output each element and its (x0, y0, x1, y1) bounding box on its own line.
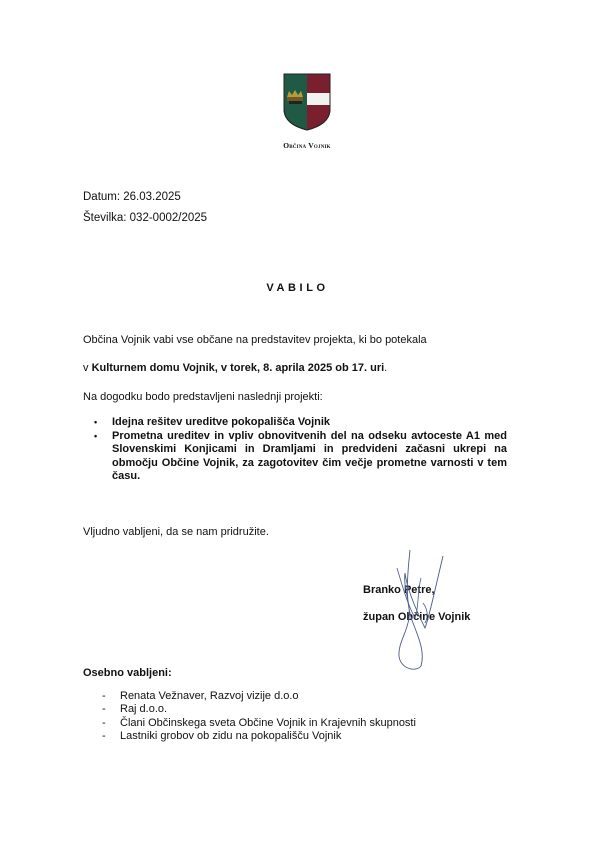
list-item: •Prometna ureditev in vpliv obnovitvenih… (92, 430, 507, 484)
dash-icon: - (102, 730, 106, 743)
organization-name: Občina Vojnik (250, 141, 364, 150)
intro-paragraph: Občina Vojnik vabi vse občane na predsta… (83, 334, 427, 346)
location-suffix: . (384, 362, 387, 374)
document-title: VABILO (0, 282, 595, 294)
invitee-text: Lastniki grobov ob zidu na pokopališču V… (120, 730, 341, 742)
invitee-text: Raj d.o.o. (120, 703, 167, 715)
location-details: Kulturnem domu Vojnik, v torek, 8. april… (92, 362, 385, 374)
invited-heading: Osebno vabljeni: (83, 667, 172, 679)
list-item: -Lastniki grobov ob zidu na pokopališču … (102, 730, 416, 743)
projects-list: •Idejna rešitev ureditve pokopališča Voj… (92, 416, 507, 484)
dash-icon: - (102, 703, 106, 716)
list-item: •Idejna rešitev ureditve pokopališča Voj… (92, 416, 507, 430)
invited-list: -Renata Vežnaver, Razvoj vizije d.o.o -R… (102, 690, 416, 743)
handwritten-signature-icon (385, 548, 445, 673)
list-item: -Člani Občinskega sveta Občine Vojnik in… (102, 717, 416, 730)
document-number: Številka: 032-0002/2025 (83, 212, 207, 224)
location-prefix: v (83, 362, 92, 374)
projects-intro: Na dogodku bodo predstavljeni naslednji … (83, 391, 323, 403)
bullet-icon: • (94, 416, 97, 430)
closing-text: Vljudno vabljeni, da se nam pridružite. (83, 526, 269, 538)
project-text: Prometna ureditev in vpliv obnovitvenih … (112, 430, 507, 483)
crown-icon (287, 90, 303, 104)
document-date: Datum: 26.03.2025 (83, 191, 181, 203)
project-text: Idejna rešitev ureditve pokopališča Vojn… (112, 416, 330, 428)
list-item: -Raj d.o.o. (102, 703, 416, 716)
coat-of-arms-icon (283, 73, 331, 131)
invitee-text: Renata Vežnaver, Razvoj vizije d.o.o (120, 690, 299, 702)
dash-icon: - (102, 717, 106, 730)
bullet-icon: • (94, 430, 97, 444)
location-paragraph: v Kulturnem domu Vojnik, v torek, 8. apr… (83, 362, 387, 374)
invitee-text: Člani Občinskega sveta Občine Vojnik in … (120, 717, 416, 729)
list-item: -Renata Vežnaver, Razvoj vizije d.o.o (102, 690, 416, 703)
dash-icon: - (102, 690, 106, 703)
